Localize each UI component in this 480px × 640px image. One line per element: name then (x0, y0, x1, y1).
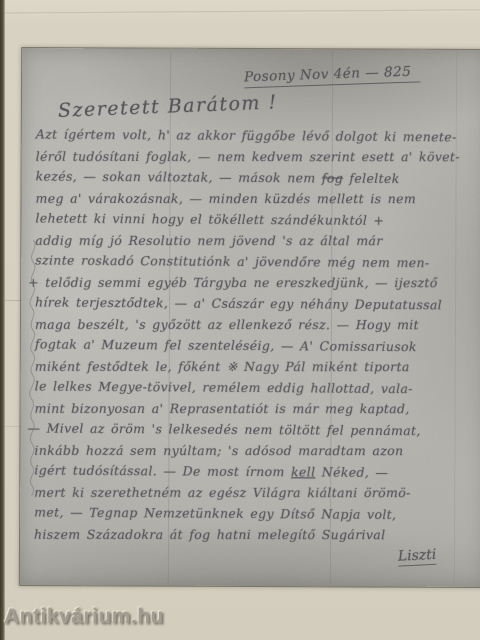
letter-line: meg a' várakozásnak, — minden küzdés mel… (36, 188, 480, 209)
letter-salutation: Szeretett Barátom ! (58, 91, 278, 122)
letter-line: + telődig semmi egyéb Tárgyba ne ereszke… (28, 272, 479, 293)
letter-line: addig míg jó Resolutio nem jövend 's az … (35, 230, 479, 251)
letter-dateline: Posony Nov 4én — 825 (244, 63, 421, 88)
letter-line: miként festődtek le, főként ※ Nagy Pál m… (35, 356, 479, 377)
letter-line: le lelkes Megye-tövivel, remélem eddig h… (35, 375, 479, 399)
letter-line: hiszem Századokra át fog hatni melegítő … (34, 524, 478, 545)
letter-line: fogtak a' Muzeum fel szenteléséig, — A' … (35, 333, 479, 357)
letter-line: hírek terjesztődtek, — a' Császár egy né… (35, 291, 479, 315)
letter-line: lehetett ki vinni hogy el tökéllett szán… (35, 207, 479, 231)
letter-line: Azt ígértem volt, h' az akkor függőbe lé… (36, 123, 480, 147)
letter-line: mint bizonyosan a' Reprasentatiót is már… (35, 398, 479, 419)
letter-line: — Mivel az öröm 's lelkesedés nem töltöt… (27, 417, 478, 441)
antikvarium-watermark: Antikvárium.hu (4, 605, 164, 629)
letter-line: inkább hozzá sem nyúltam; 's adósod mara… (34, 440, 478, 461)
letter-body: Azt ígértem volt, h' az akkor függőbe lé… (34, 124, 480, 546)
scanned-letter: Posony Nov 4én — 825 Szeretett Barátom !… (20, 48, 480, 587)
letter-line: szinte roskadó Constitutiónk a' jövendőr… (35, 249, 479, 273)
letter-signature: Liszti (398, 547, 437, 567)
letter-line: kezés, — sokan változtak, — mások nem fo… (36, 165, 480, 189)
underlined-word: kell (291, 464, 315, 479)
marginal-note-script (22, 236, 43, 496)
letter-line: met, — Tegnap Nemzetünknek egy Dítső Nap… (34, 501, 478, 525)
letter-line: mert ki szerethetném az egész Világra ki… (34, 482, 478, 503)
letter-line: léről tudósítani foglak, — nem kedvem sz… (36, 146, 480, 167)
struck-word: fog (322, 170, 343, 185)
letter-line: maga beszélt, 's győzött az ellenkező ré… (35, 314, 479, 335)
letter-line: igért tudósítással. — De most írnom kell… (34, 459, 478, 483)
